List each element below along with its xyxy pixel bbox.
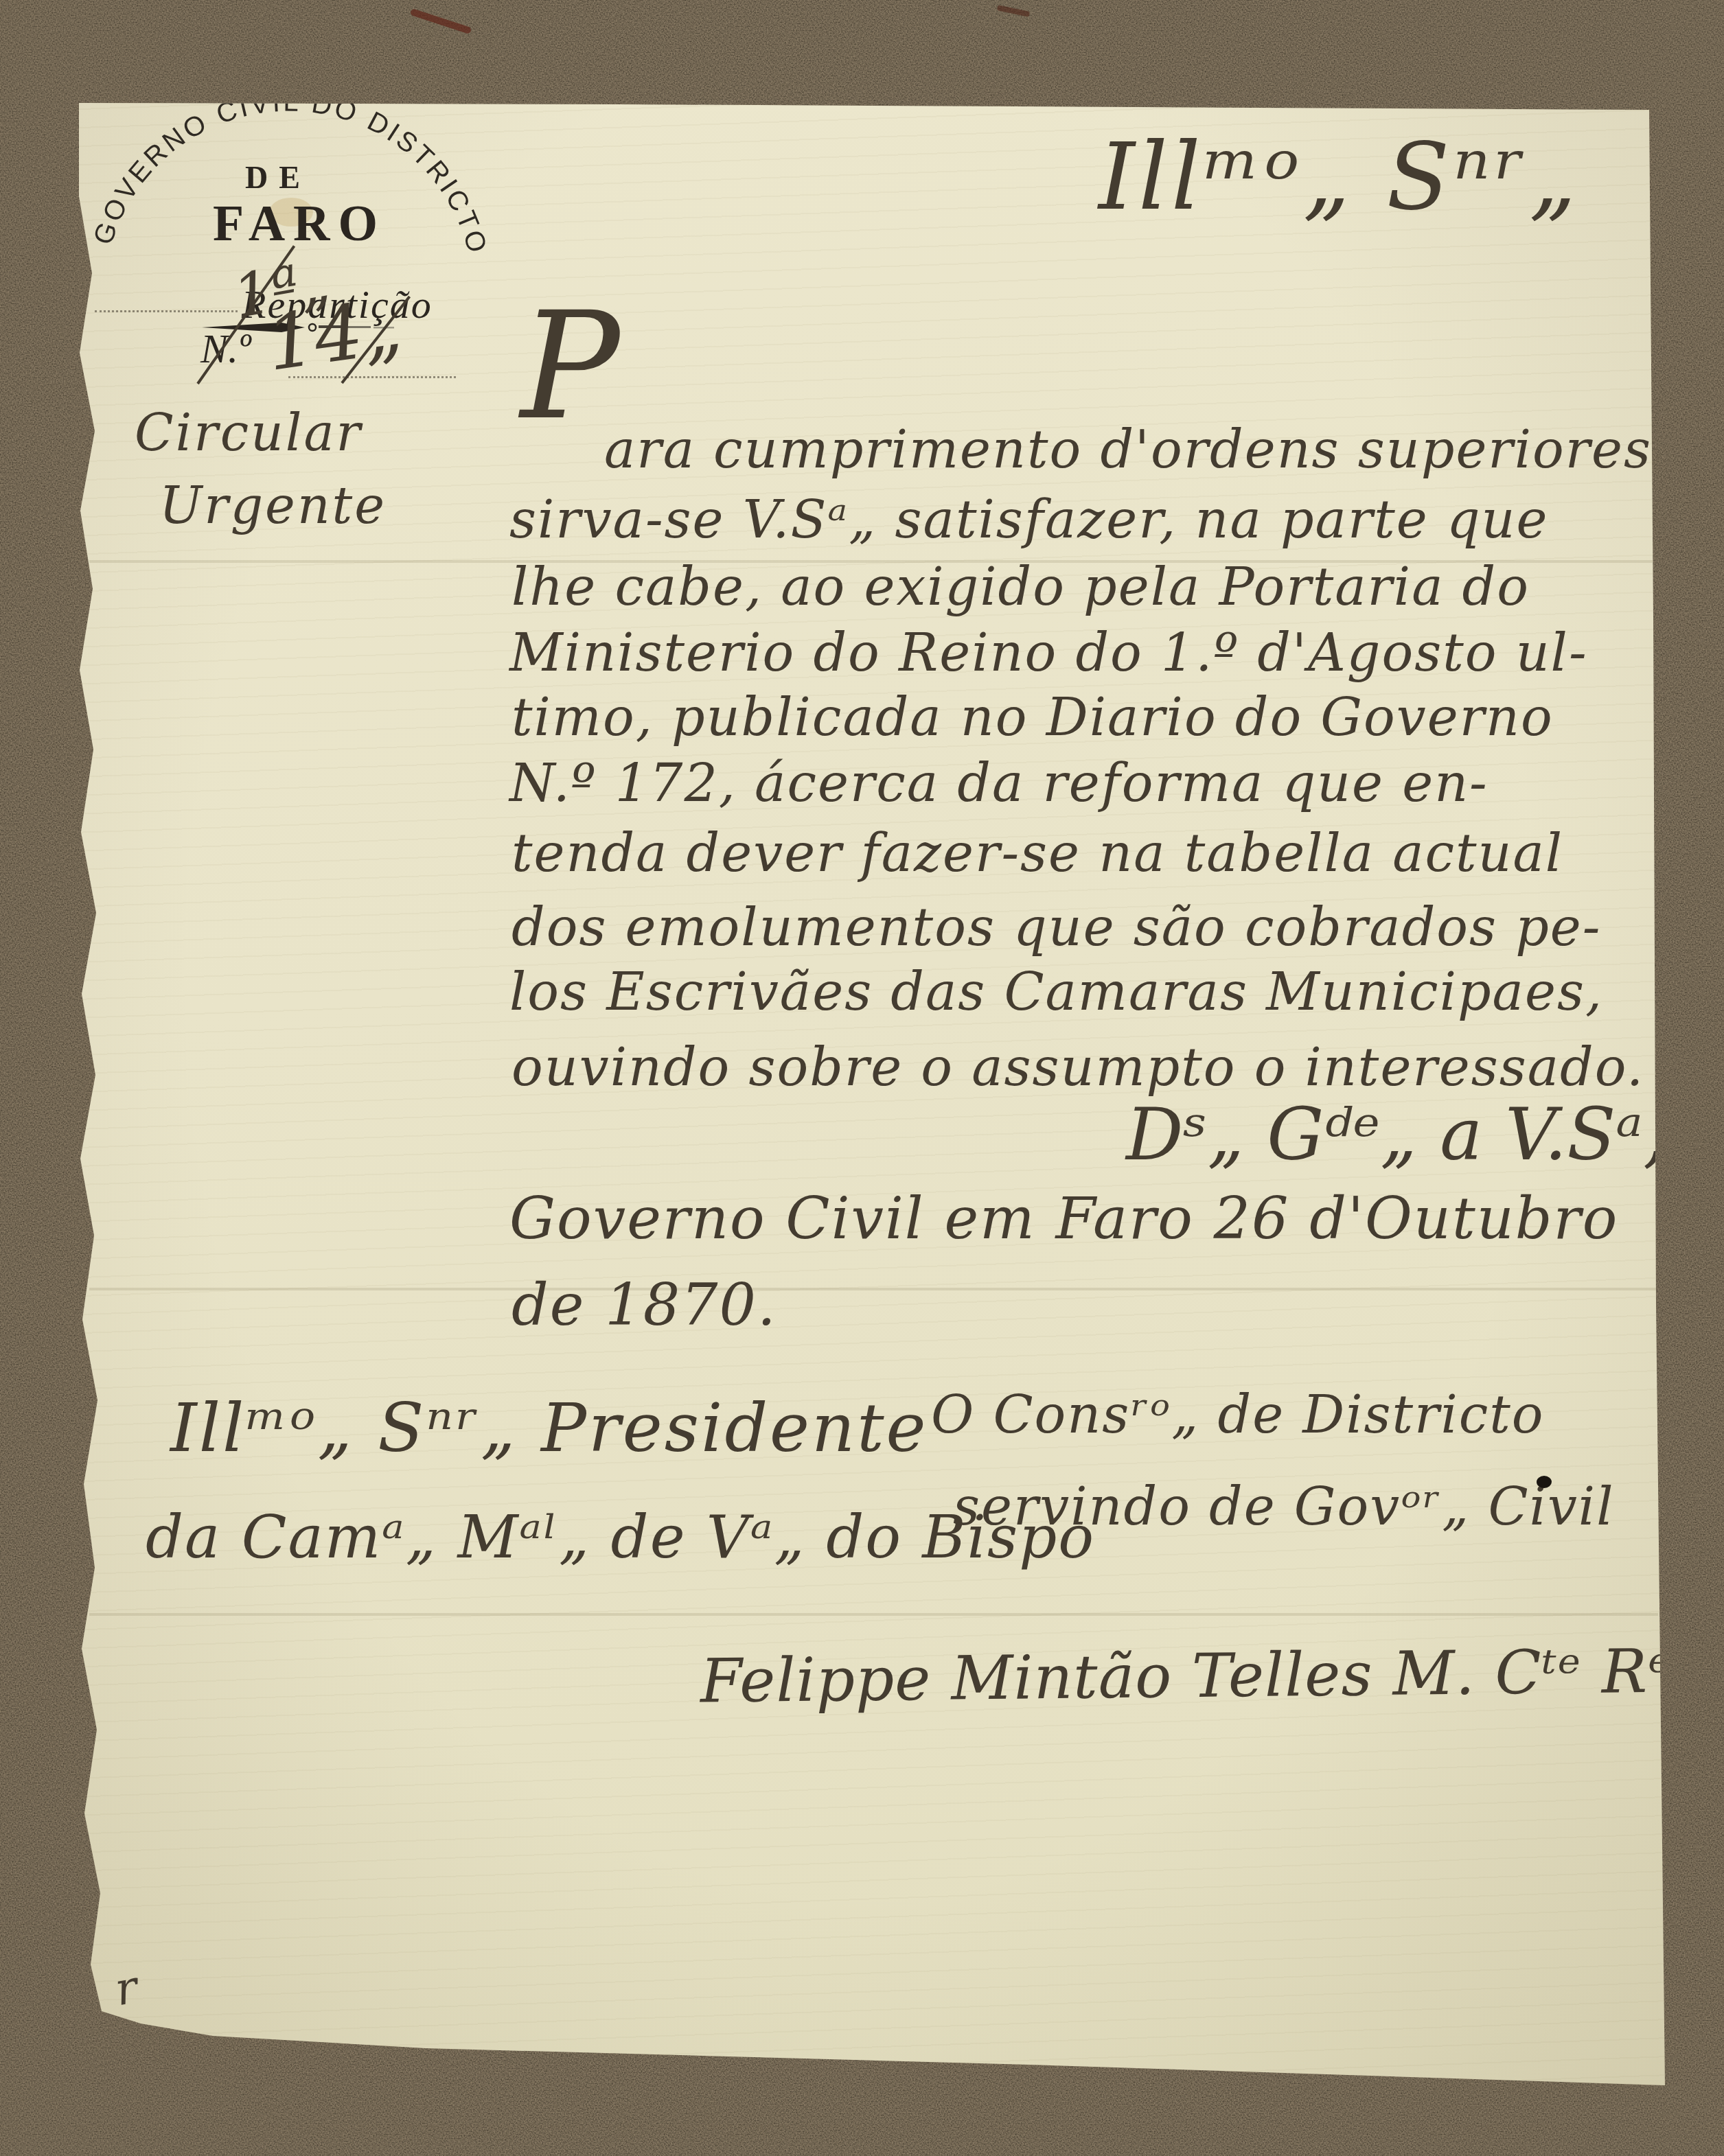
body-line: ouvindo sobre o assumpto o interessado. — [512, 1036, 1644, 1098]
valediction: Dˢ„ Gᵈᵉ„ a V.Sᵃ„ — [1126, 1093, 1679, 1176]
closing-role-line2: servindo de Govᵒʳ„ Civil — [953, 1476, 1614, 1537]
dotted-leader — [95, 310, 238, 312]
body-line: N.º 172, ácerca da reforma que en- — [509, 752, 1489, 813]
margin-note-urgente: Urgente — [159, 476, 387, 535]
letter-paper: GOVERNO CIVIL DO DISTRICTO DE FARO Repar… — [0, 0, 1724, 2156]
fold-crease — [89, 1613, 1658, 1616]
dateline-line1: Governo Civil em Faro 26 d'Outubro — [509, 1185, 1618, 1252]
letterhead-de: DE — [227, 159, 330, 196]
body-line: Ministerio do Reino do 1.º d'Agosto ul- — [509, 622, 1588, 683]
body-line: ara cumprimento d'ordens superiores — [604, 419, 1652, 480]
body-line: tenda dever fazer-se na tabella actual — [512, 822, 1563, 883]
signature: Felippe Mintão Telles M. Cᵗᵉ Rᵉ — [700, 1636, 1672, 1717]
letterhead-faro: FARO — [203, 195, 395, 253]
closing-role-line1: O Consʳᵒ„ de Districto — [931, 1384, 1545, 1445]
body-line: los Escrivães das Camaras Municipaes, — [509, 961, 1603, 1022]
body-line: dos emolumentos que são cobrados pe- — [512, 896, 1602, 958]
salutation: Illᵐᵒ„ Sⁿʳ„ — [1099, 124, 1581, 231]
corner-mark: r — [111, 1960, 141, 2016]
body-line: sirva-se V.Sᵃ„ satisfazer, na parte que — [509, 489, 1548, 550]
body-line: lhe cabe, ao exigido pela Portaria do — [512, 556, 1530, 617]
numero-value-handwritten: 14„ — [261, 282, 407, 388]
addressee-line1: Illᵐᵒ„ Sⁿʳ„ Presidente — [170, 1389, 928, 1468]
ink-blot — [1537, 1476, 1552, 1488]
fold-crease — [89, 1288, 1658, 1290]
scanned-letter-scene: GOVERNO CIVIL DO DISTRICTO DE FARO Repar… — [0, 0, 1724, 2156]
dateline-line2: de 1870. — [512, 1271, 777, 1338]
margin-note-circular: Circular — [135, 404, 363, 463]
body-line: timo, publicada no Diario do Governo — [512, 686, 1554, 747]
